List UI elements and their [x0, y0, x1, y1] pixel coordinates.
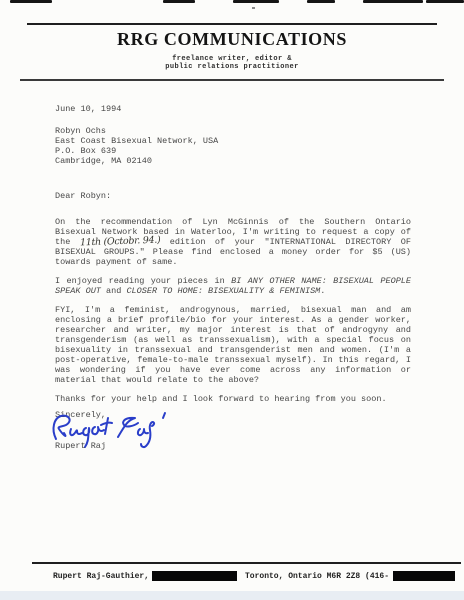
company-tagline-line2: public relations practitioner: [0, 63, 464, 71]
footer-city-postal: Toronto, Ontario M6R 2Z8 (416-: [245, 572, 389, 581]
letterhead-top-rule: [27, 23, 437, 25]
letter-date: June 10, 1994: [55, 104, 121, 114]
scan-artifact: [363, 0, 423, 3]
letterhead-bottom-rule: [20, 79, 444, 81]
footer-rule: [32, 562, 461, 564]
redacted-address-bar: [152, 571, 237, 581]
scan-artifact: [307, 0, 335, 3]
footer-sender-name: Rupert Raj-Gauthier,: [53, 572, 149, 581]
p2-text-before: I enjoyed reading your pieces in: [55, 276, 231, 286]
recipient-pobox: P.O. Box 639: [55, 146, 218, 156]
recipient-org: East Coast Bisexual Network, USA: [55, 136, 218, 146]
paragraph-2: I enjoyed reading your pieces in BI ANY …: [55, 276, 411, 296]
p2-text-after: .: [320, 286, 325, 296]
scan-artifact: [233, 0, 279, 3]
scan-artifact: [426, 0, 464, 3]
scanned-letter-page: RRG COMMUNICATIONS freelance writer, edi…: [0, 0, 464, 600]
scan-artifact: [10, 0, 52, 3]
recipient-city: Cambridge, MA 02140: [55, 156, 218, 166]
paragraph-3: FYI, I'm a feminist, androgynous, marrie…: [55, 305, 411, 385]
letter-body: On the recommendation of Lyn McGinnis of…: [55, 217, 411, 413]
recipient-address-block: Robyn Ochs East Coast Bisexual Network, …: [55, 126, 218, 166]
recipient-name: Robyn Ochs: [55, 126, 218, 136]
book-title-2: CLOSER TO HOME: BISEXUALITY & FEMINISM: [126, 286, 320, 296]
scan-edge-strip: [0, 591, 464, 600]
typed-sender-name: Rupert Raj: [55, 441, 106, 451]
scan-speck: [252, 7, 255, 9]
company-tagline-line1: freelance writer, editor &: [0, 55, 464, 63]
paragraph-4-closing: Thanks for your help and I look forward …: [55, 394, 411, 404]
p2-text-mid: and: [101, 286, 127, 296]
redacted-phone-bar: [393, 571, 455, 581]
salutation: Dear Robyn:: [55, 191, 111, 201]
paragraph-1: On the recommendation of Lyn McGinnis of…: [55, 217, 411, 267]
scan-artifact: [163, 0, 195, 3]
company-name: RRG COMMUNICATIONS: [0, 29, 464, 50]
